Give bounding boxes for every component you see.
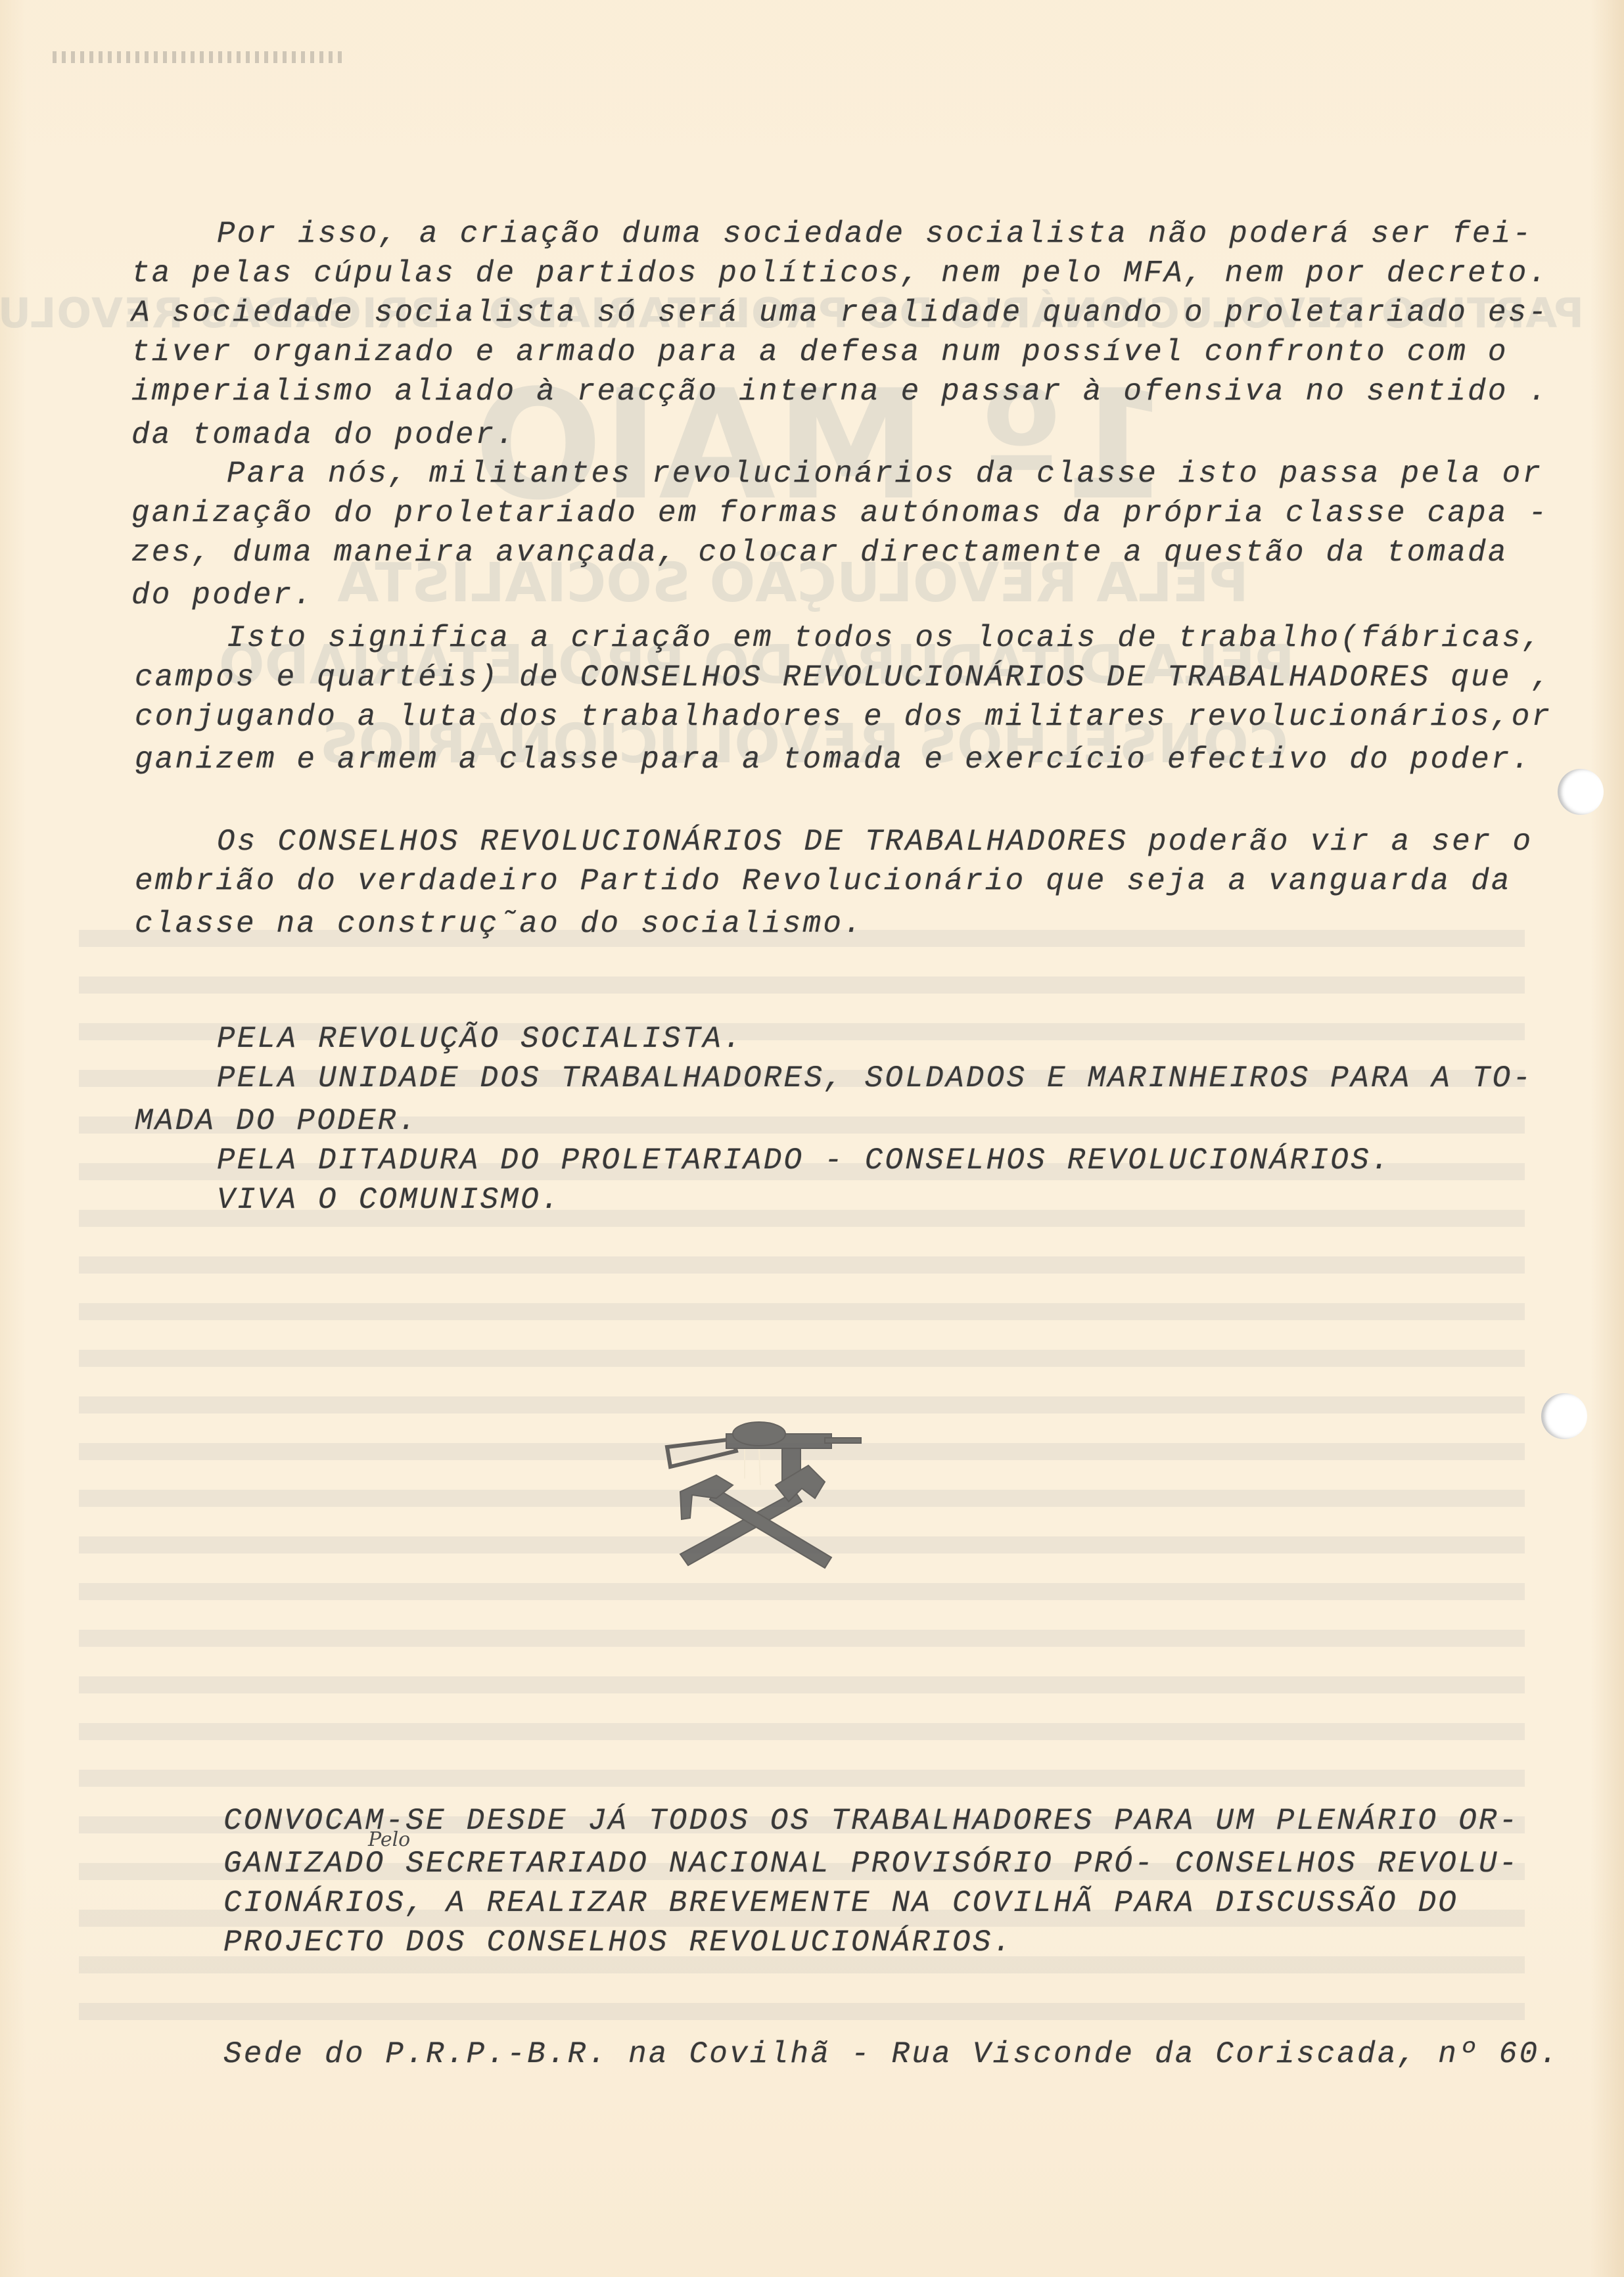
rifle-hammer-pickaxe-emblem-icon <box>654 1419 864 1577</box>
text-line: ganização do proletariado em formas autó… <box>131 496 1548 530</box>
text-line: imperialismo aliado à reacção interna e … <box>131 375 1548 409</box>
slogan-line: PELA REVOLUÇÃO SOCIALISTA. <box>217 1022 743 1056</box>
punch-hole-top <box>1558 769 1604 815</box>
text-line: tiver organizado e armado para a defesa … <box>131 335 1508 369</box>
scan-artifact-mark <box>53 51 342 63</box>
text-line: do poder. <box>131 578 313 612</box>
text-line: ganizem e armem a classe para a tomada e… <box>135 743 1532 777</box>
text-line: conjugando a luta dos trabalhadores e do… <box>135 700 1552 734</box>
convocation-line: CONVOCAM-SE DESDE JÁ TODOS OS TRABALHADO… <box>223 1804 1520 1838</box>
handwritten-insert: Pelo <box>368 1828 410 1851</box>
text-line: embrião do verdadeiro Partido Revolucion… <box>135 864 1512 898</box>
text-line: Os CONSELHOS REVOLUCIONÁRIOS DE TRABALHA… <box>217 825 1533 859</box>
text-line: classe na construç˜ao do socialismo. <box>135 907 864 941</box>
slogan-line: MADA DO PODER. <box>135 1104 418 1138</box>
text-line: Por isso, a criação duma sociedade socia… <box>217 217 1533 251</box>
text-line: A sociedade socialista só será uma reali… <box>131 296 1548 330</box>
text-line: ta pelas cúpulas de partidos políticos, … <box>131 256 1548 290</box>
convocation-line: CIONÁRIOS, A REALIZAR BREVEMENTE NA COVI… <box>223 1886 1458 1920</box>
text-line: Para nós, militantes revolucionários da … <box>227 457 1543 491</box>
text-line: campos e quartéis) de CONSELHOS REVOLUCI… <box>135 660 1552 695</box>
convocation-line: GANIZADO SECRETARIADO NACIONAL PROVISÓRI… <box>223 1847 1520 1881</box>
convocation-line: PROJECTO DOS CONSELHOS REVOLUCIONÁRIOS. <box>223 1925 1013 1960</box>
punch-hole-bottom <box>1541 1393 1587 1439</box>
slogan-line: PELA UNIDADE DOS TRABALHADORES, SOLDADOS… <box>217 1061 1533 1095</box>
address-text: Sede do P.R.P.-B.R. na Covilhã - Rua Vis… <box>223 2037 1560 2071</box>
text-line: da tomada do poder. <box>131 418 516 452</box>
slogan-line: PELA DITADURA DO PROLETARIADO - CONSELHO… <box>217 1143 1391 1178</box>
text-line: Isto significa a criação em todos os loc… <box>227 621 1543 655</box>
slogan-line: VIVA O COMUNISMO. <box>217 1183 561 1217</box>
text-line: zes, duma maneira avançada, colocar dire… <box>131 536 1508 570</box>
